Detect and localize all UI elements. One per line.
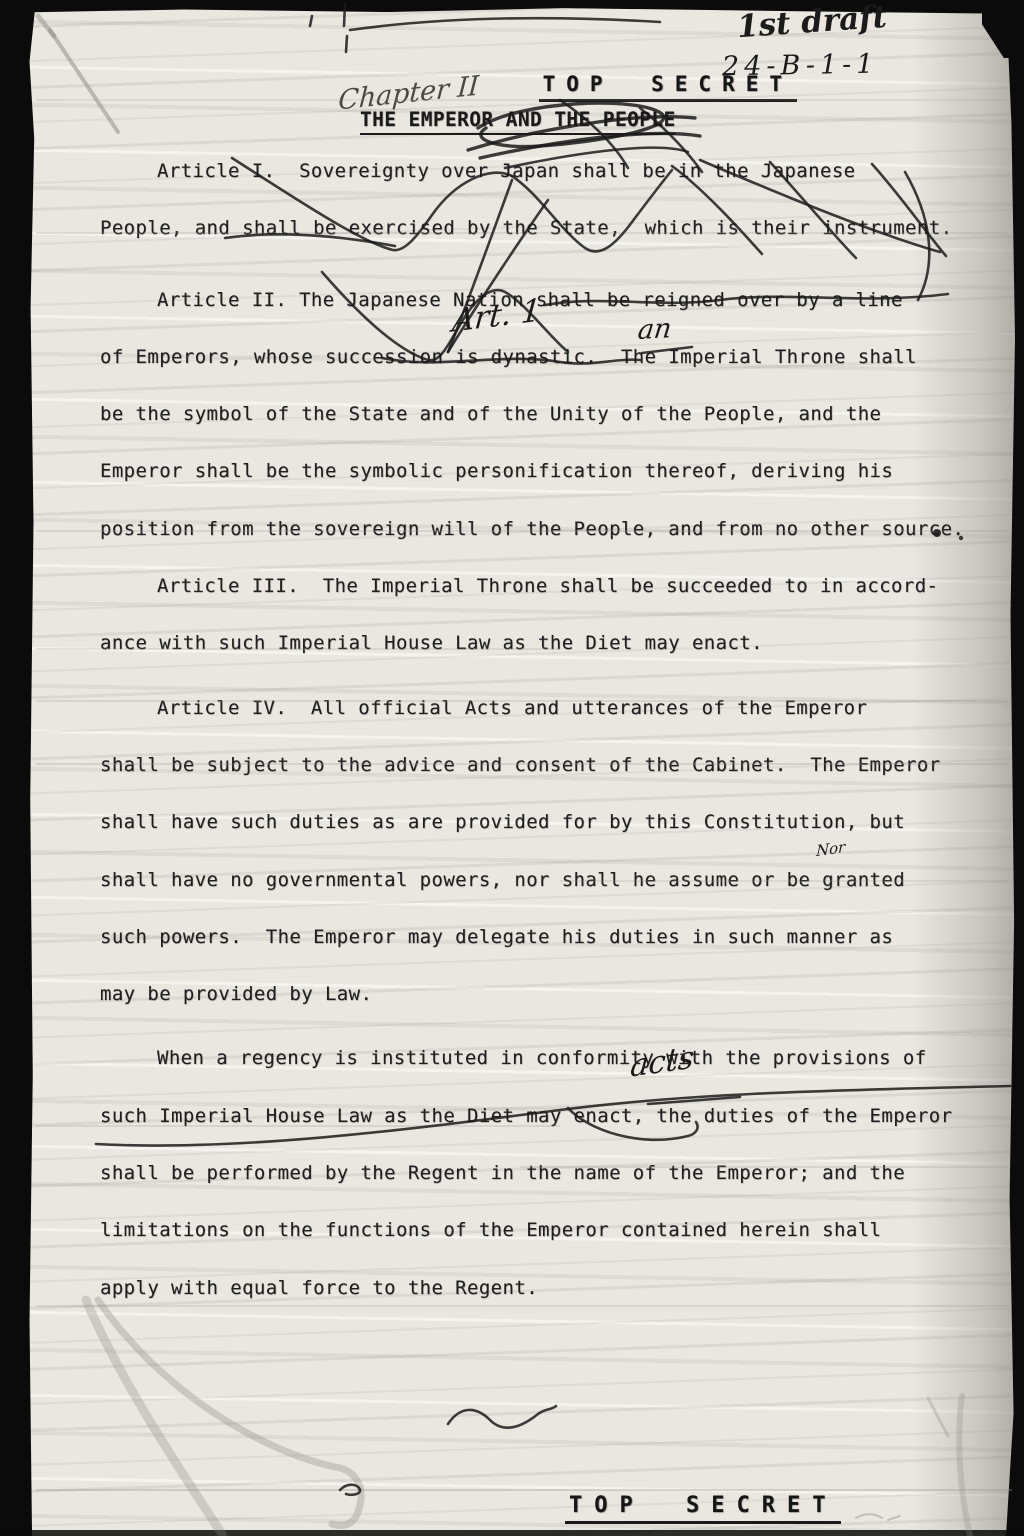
classification-footer-text: TOP SECRET (565, 1493, 841, 1524)
article-1: Article I. Sovereignty over Japan shall … (100, 160, 960, 275)
handwritten-draft-label: 1st draft (736, 0, 888, 45)
text-line: Article IV. All official Acts and uttera… (100, 697, 960, 754)
document-title: THE EMPEROR AND THE PEOPLE (360, 108, 676, 135)
text-line: Article I. Sovereignty over Japan shall … (100, 160, 960, 217)
an-note: an (636, 313, 673, 346)
text-line: shall be subject to the advice and conse… (100, 754, 960, 811)
title-struck-text: AND THE PEOPLE (494, 108, 676, 131)
scan-border-right-top (982, 0, 1024, 58)
text-line: such powers. The Emperor may delegate hi… (100, 926, 960, 983)
text-line: apply with equal force to the Regent. (100, 1277, 960, 1334)
text-line: such Imperial House Law as the Diet may … (100, 1105, 960, 1162)
document-body: Article I. Sovereignty over Japan shall … (100, 160, 960, 1334)
text-line: be the symbol of the State and of the Un… (100, 403, 960, 460)
text-line: People, and shall be exercised by the St… (100, 217, 960, 274)
text-line: ance with such Imperial House Law as the… (100, 632, 960, 689)
text-line: When a regency is instituted in conformi… (100, 1047, 960, 1104)
text-line: may be provided by Law. (100, 983, 960, 1040)
handwritten-doc-number: 24-B-1-1 (722, 49, 879, 83)
article-3: Article III. The Imperial Throne shall b… (100, 575, 960, 690)
article-2: Article II. The Japanese Nation shall be… (100, 289, 960, 575)
text-line: Article III. The Imperial Throne shall b… (100, 575, 960, 632)
classification-footer: TOP SECRET (400, 1468, 841, 1536)
text-line: limitations on the functions of the Empe… (100, 1219, 960, 1276)
article-4: Article IV. All official Acts and uttera… (100, 697, 960, 1041)
text-line: position from the sovereign will of the … (100, 518, 960, 575)
regency-clause: When a regency is instituted in conformi… (100, 1047, 960, 1333)
text-line: of Emperors, whose succession is dynasti… (100, 346, 960, 403)
scanned-document-page: TOP SECRET 1st draft 24-B-1-1 Chapter II… (0, 0, 1024, 1536)
text-line: shall have no governmental powers, nor s… (100, 869, 960, 926)
scan-border-right (1006, 0, 1024, 1536)
text-line: Emperor shall be the symbolic personific… (100, 460, 960, 517)
text-line: shall be performed by the Regent in the … (100, 1162, 960, 1219)
title-kept-text: THE EMPEROR (360, 108, 494, 131)
scan-border-left (0, 0, 36, 1536)
